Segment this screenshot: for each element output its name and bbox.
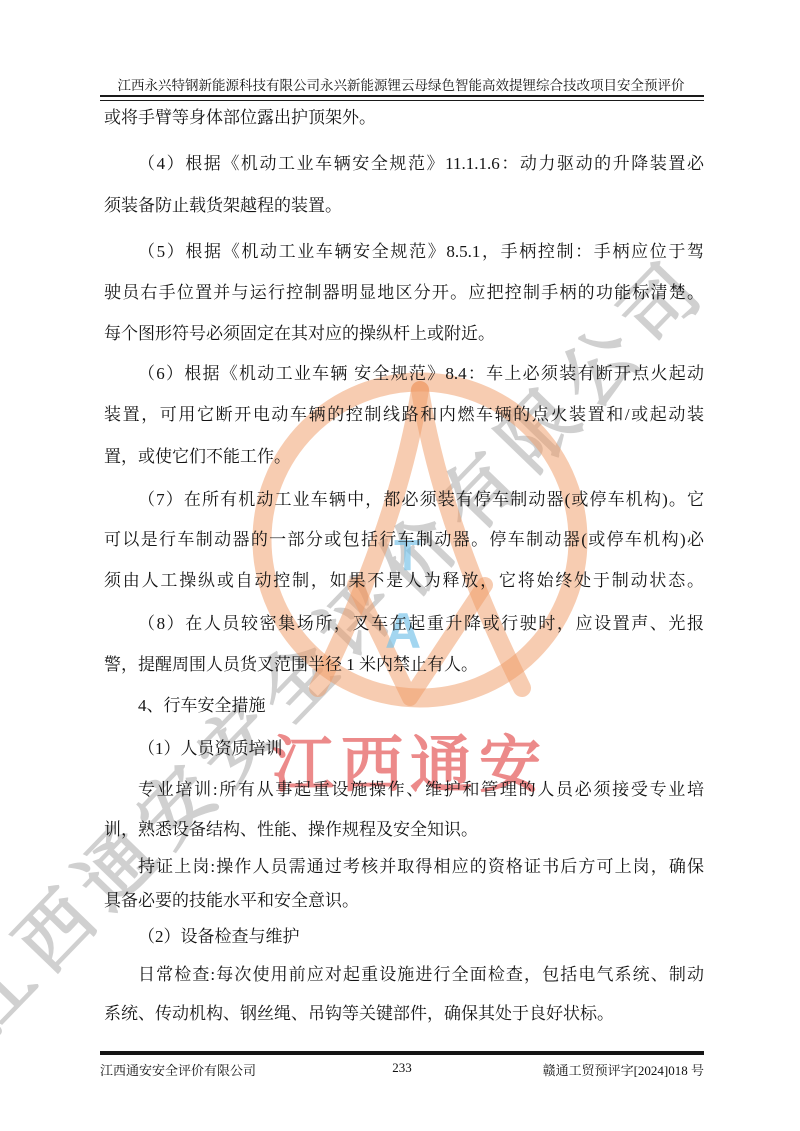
body-line: （7）在所有机动工业车辆中，都必须装有停车制动器(或停车机构)。它 [104, 488, 704, 511]
body-line: 日常检查:每次使用前应对起重设施进行全面检查，包括电气系统、制动 [104, 963, 704, 986]
body-line: 置，或使它们不能工作。 [104, 445, 704, 468]
body-line: （4）根据《机动工业车辆安全规范》11.1.1.6：动力驱动的升降装置必 [104, 152, 704, 175]
body-line: （8）在人员较密集场所，叉车在起重升降或行驶时，应设置声、光报 [104, 612, 704, 635]
page-content: 江西永兴特钢新能源科技有限公司永兴新能源锂云母绿色智能高效提锂综合技改项目安全预… [0, 0, 800, 1131]
page-header-title: 江西永兴特钢新能源科技有限公司永兴新能源锂云母绿色智能高效提锂综合技改项目安全预… [98, 74, 704, 94]
document-page: 江西通安安全评价有限公司 T A 江西通安 江西永兴特钢新能源科技有限公司永兴新… [0, 0, 800, 1131]
footer-document-number: 赣通工贸预评字[2024]018 号 [543, 1060, 704, 1079]
footer-company-name: 江西通安安全评价有限公司 [100, 1060, 256, 1079]
body-line: （6）根据《机动工业车辆 安全规范》8.4：车上必须装有断开点火起动 [104, 362, 704, 385]
body-line: 具备必要的技能水平和安全意识。 [104, 889, 704, 912]
body-line: 4、行车安全措施 [104, 694, 704, 717]
body-line: 每个图形符号必须固定在其对应的操纵杆上或附近。 [104, 322, 704, 345]
body-line: 装置，可用它断开电动车辆的控制线路和内燃车辆的点火装置和/或起动装 [104, 403, 704, 426]
header-double-rule [100, 95, 704, 101]
body-line: 须装备防止载货架越程的装置。 [104, 194, 704, 217]
body-line: 须由人工操纵或自动控制，如果不是人为释放，它将始终处于制动状态。 [104, 569, 704, 592]
body-line: 专业培训:所有从事起重设施操作、维护和管理的人员必须接受专业培 [104, 778, 704, 801]
body-line: （2）设备检查与维护 [104, 925, 704, 948]
body-line: 或将手臂等身体部位露出护顶架外。 [104, 106, 704, 129]
body-line: 训，熟悉设备结构、性能、操作规程及安全知识。 [104, 818, 704, 841]
body-line: 可以是行车制动器的一部分或包括行车制动器。停车制动器(或停车机构)必 [104, 528, 704, 551]
body-line: 系统、传动机构、钢丝绳、吊钩等关键部件，确保其处于良好状标。 [104, 1002, 704, 1025]
body-line: （1）人员资质培训 [104, 737, 704, 760]
body-line: 驶员右手位置并与运行控制器明显地区分开。应把控制手柄的功能标清楚。 [104, 281, 704, 304]
body-line: 警，提醒周围人员货叉范围半径 1 米内禁止有人。 [104, 653, 704, 676]
body-line: （5）根据《机动工业车辆安全规范》8.5.1，手柄控制：手柄应位于驾 [104, 240, 704, 263]
body-line: 持证上岗:操作人员需通过考核并取得相应的资格证书后方可上岗，确保 [104, 855, 704, 878]
footer-rule [100, 1051, 704, 1055]
